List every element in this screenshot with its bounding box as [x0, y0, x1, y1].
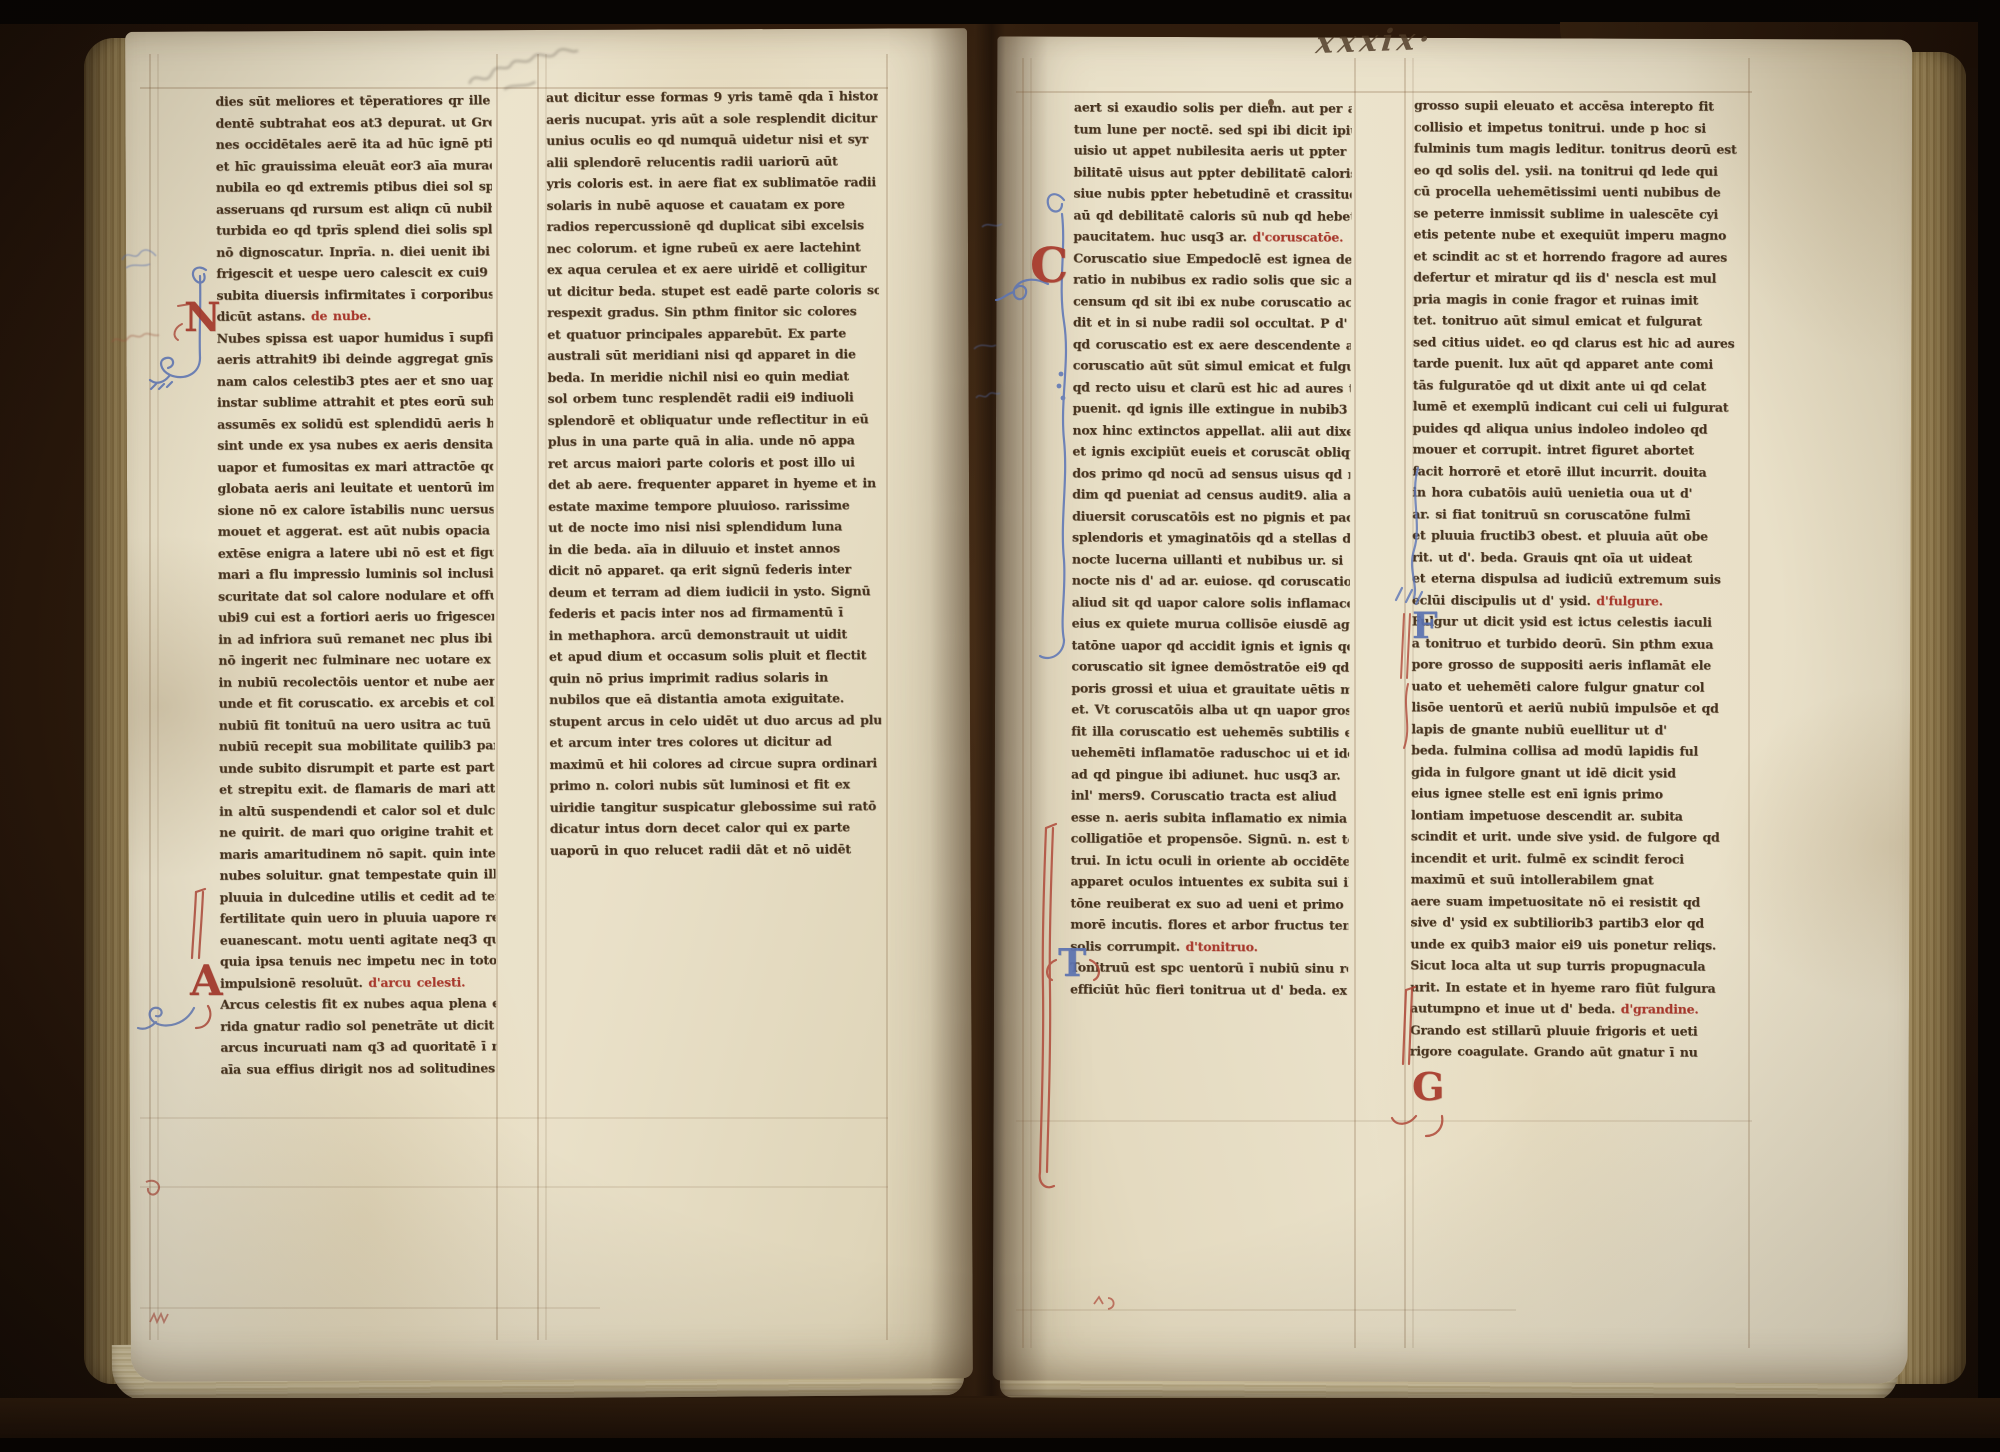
- rubric-heading: d'arcu celesti.: [368, 974, 465, 990]
- text-line: ex aqua cerulea et ex aere uiridē et col…: [547, 257, 879, 280]
- illuminated-initial-coruscatio: C: [1002, 188, 1112, 668]
- text-line: et eterna dispulsa ad iudiciū extremum s…: [1412, 567, 1740, 590]
- ruling-line: [496, 54, 498, 1340]
- ruling-line: [140, 1117, 888, 1119]
- text-line: qd recto uisu et clarū est hic ad aures …: [1073, 376, 1351, 399]
- text-line: incendit et urit. fulmē ex scindit feroc…: [1411, 847, 1739, 870]
- text-line: aū qd debilitatē caloris sū nub qd hebet: [1073, 204, 1351, 227]
- text-line: yris coloris est. in aere fiat ex sublim…: [546, 171, 878, 194]
- text-line: ad qd pingue ibi adiunet. huc usq3 ar.: [1071, 763, 1349, 786]
- text-line: federis et pacis inter nos ad firmamentū…: [549, 601, 881, 624]
- ruling-line: [140, 1186, 888, 1188]
- text-line: cū procella uehemētissimi uenti nubibus …: [1414, 180, 1742, 203]
- text-line: maximū et hii colores ad circue supra or…: [549, 752, 881, 775]
- blue-gutter-mark: [980, 218, 1004, 237]
- text-line: poris grossi et uiua et grauitate uētis …: [1071, 677, 1349, 700]
- text-line: respexit gradus. Sin pthm finitor sic co…: [547, 300, 879, 323]
- text-line: sint unde ex ysa nubes ex aeris densitat…: [217, 433, 493, 456]
- text-line: globata aeris ani leuitate et uentorū im…: [217, 476, 493, 499]
- text-line: nubila eo qd extremis ptibus diei sol sp…: [216, 175, 492, 198]
- ruling-line: [1016, 1120, 1752, 1122]
- text-line: splendorē et obliquatur unde reflectitur…: [548, 408, 880, 431]
- illuminated-initial-arcus: A: [146, 888, 246, 1048]
- text-line: solaris in nubē aquose et cauatam ex por…: [547, 193, 879, 216]
- text-column-left-1: dies sūt meliores et tēperatiores qr ill…: [215, 89, 496, 1079]
- text-line: maximū et suū intollerabilem gnat: [1411, 868, 1739, 891]
- text-line: diuersit coruscatōis est no pignis et pa…: [1072, 505, 1350, 528]
- text-line: dicit nō apparet. qa erit signū federis …: [548, 558, 880, 581]
- text-line: radios repercussionē qd duplicat sibi ex…: [547, 214, 879, 237]
- initial-letter: T: [1058, 944, 1086, 982]
- text-line: plus in una parte quā in alia. unde nō a…: [548, 429, 880, 452]
- text-line: aliud sit qd uapor calore solis inflamac…: [1072, 591, 1350, 614]
- ruling-line: [1016, 91, 1752, 93]
- text-line: pria magis in conie fragor et ruinas imi…: [1413, 288, 1741, 311]
- text-line: dentē subtrahat eos at3 depurat. ut Greg…: [216, 111, 492, 134]
- text-line: quin nō prius imprimit radius solaris in: [549, 666, 881, 689]
- blue-gutter-mark: [972, 338, 998, 357]
- text-line: eius ignee stelle est enī ignis primo: [1411, 782, 1739, 805]
- text-line: aert si exaudio solis per diem. aut per …: [1074, 96, 1352, 119]
- initial-letter: G: [1412, 1068, 1444, 1106]
- text-line: facit horrorē et etorē illut incurrit. d…: [1412, 460, 1740, 483]
- text-line: extēse enigra a latere ubi nō est et fig…: [218, 541, 494, 564]
- rubric-heading: d'tonitruo.: [1185, 938, 1257, 953]
- text-line: censum qd sit ibi ex nube coruscatio acc…: [1073, 290, 1351, 313]
- text-line: in hora cubatōis auiū uenietia oua ut d': [1412, 481, 1740, 504]
- text-line: alii splendorē relucentis radii uariorū …: [546, 150, 878, 173]
- text-line: puides qd aliqua unius indoleo indoleo q…: [1413, 417, 1741, 440]
- illuminated-initial-grando: G: [1392, 986, 1476, 1156]
- text-line: et scindit ac st et horrendo fragore ad …: [1413, 245, 1741, 268]
- text-line: arcus incuruati nam q3 ad quoritatē ī nu…: [220, 1035, 496, 1058]
- ruling-line: [537, 54, 539, 1340]
- text-line: uato et uehemēti calore fulgur gnatur co…: [1411, 675, 1739, 698]
- text-line: nō dignoscatur. Inprīa. n. diei uenit ib…: [216, 240, 492, 263]
- text-line: mouet et aggerat. est aūt nubis opacia e…: [218, 519, 494, 542]
- text-line: aere suam impetuositate nō ei resistit q…: [1411, 890, 1739, 913]
- text-line: eclūi discipulis ut d' ysid. d'fulgure.: [1412, 589, 1740, 612]
- text-line: fit illa coruscatio est uehemēs subtilis…: [1071, 720, 1349, 743]
- text-line: sed citius uidet. eo qd clarus est hic a…: [1413, 331, 1741, 354]
- text-line: lumē et exemplū indicant cui celi ui ful…: [1413, 395, 1741, 418]
- text-line: rit. ut d'. beda. Grauis qnt oīa ut uide…: [1412, 546, 1740, 569]
- text-line: australi sūt meridiani nisi qd apparet i…: [547, 343, 879, 366]
- text-line: euanescant. motu uenti agitate neq3 quie…: [220, 928, 496, 951]
- text-line: nubiū recepit sua mobilitate quilib3 par…: [219, 734, 495, 757]
- text-line: lapis de gnante nubiū euellitur ut d': [1411, 718, 1739, 741]
- text-line: sive d' ysid ex subtiliorib3 partib3 elo…: [1410, 911, 1738, 934]
- text-line: quia ipsa tenuis nec impetu nec in toto …: [220, 949, 496, 972]
- text-line: defertur et miratur qd iis d' nescla est…: [1413, 266, 1741, 289]
- text-line: inl' mers9. Coruscatio tracta est aliud: [1071, 784, 1349, 807]
- text-line: nec colorum. et igne rubeū ex aere lacte…: [547, 236, 879, 259]
- text-line: grosso supii eleuato et accēsa interepto…: [1414, 94, 1742, 117]
- text-line: in altū suspendendi et calor sol et dulc…: [219, 799, 495, 822]
- text-line: et apud dium et occasum solis pluit et f…: [549, 644, 881, 667]
- text-line: Arcus celestis fit ex nubes aqua plena e…: [220, 992, 496, 1015]
- text-line: Sicut loca alta ut sup turris propugnacu…: [1410, 954, 1738, 977]
- folio-number: xxxix·: [1314, 22, 1435, 61]
- text-line: in methaphora. arcū demonstrauit ut uidi…: [549, 623, 881, 646]
- red-margin-mark: [148, 1310, 172, 1330]
- text-line: coruscatio aūt sūt simul emicat et fulgu…: [1073, 354, 1351, 377]
- text-line: in die beda. aīa in diluuio et instet an…: [548, 537, 880, 560]
- text-line: aeris attrahit9 ibi deinde aggregat gnīs…: [217, 347, 493, 370]
- ruling-line: [886, 54, 888, 1340]
- text-line: beda. In meridie nichil nisi eo quin med…: [547, 365, 879, 388]
- text-line: impulsionē resoluūt. d'arcu celesti.: [220, 971, 496, 994]
- text-line: dim qd pueniat ad census audit9. alia aū…: [1072, 483, 1350, 506]
- text-line: qd coruscatio est ex aere descendente ad…: [1073, 333, 1351, 356]
- text-line: mouer et corrupit. intret figuret aborte…: [1413, 438, 1741, 461]
- text-line: et strepitu exit. de flamaris de mari at…: [219, 777, 495, 800]
- text-line: ubi9 cui est a fortiori aeris uo frigesc…: [218, 605, 494, 628]
- text-line: aīa sua effius dirigit nos ad solitudine…: [220, 1057, 496, 1080]
- text-line: Coruscatio siue Empedoclē est ignea decl…: [1073, 247, 1351, 270]
- text-line: in nubiū recolectōis uentor et nube aer …: [218, 670, 494, 693]
- text-line: ut dicitur beda. stupet est eadē parte c…: [547, 279, 879, 302]
- binding-edge-top: [0, 0, 2000, 24]
- text-line: tatōne uapor qd accidit ignis et ignis q…: [1072, 634, 1350, 657]
- text-line: uisio ut appet nubilesita aeris ut ppter…: [1074, 139, 1352, 162]
- text-line: dos primo qd nocū ad sensus uisus qd nox…: [1072, 462, 1350, 485]
- text-line: stupent arcus in celo uidēt ut duo arcus…: [549, 709, 881, 732]
- initial-letter: A: [190, 960, 223, 1002]
- text-line: tās fulguratōe qd ut dixit ante ui qd ce…: [1413, 374, 1741, 397]
- binding-edge-right: [1978, 0, 2000, 1452]
- text-line: uiridie tangitur suspicatur glebossime s…: [550, 795, 882, 818]
- manuscript-photo: xxxix· dies sūt meliores et tēperatiores…: [0, 0, 2000, 1452]
- text-line: et. Vt coruscatōis alba ut qn uapor gros…: [1071, 698, 1349, 721]
- text-line: ar. si fiat tonitruū sn coruscatōne fulm…: [1412, 503, 1740, 526]
- text-line: assumēs ex solidū est splendidū aeris hu…: [217, 412, 493, 435]
- text-line: collisio et impetus tonitrui. unde p hoc…: [1414, 116, 1742, 139]
- red-margin-mark: [142, 1176, 168, 1210]
- text-line: in ad infriora suū remanet nec plus ibi …: [218, 627, 494, 650]
- ruling-line: [140, 1307, 600, 1309]
- text-line: splendoris et ymaginatōis qd a stellas d…: [1072, 526, 1350, 549]
- text-line: nubes soluitur. gnat tempestate quin ill…: [219, 863, 495, 886]
- text-line: et quatuor principales apparebūt. Ex par…: [547, 322, 879, 345]
- text-line: dies sūt meliores et tēperatiores qr ill…: [215, 89, 491, 112]
- text-line: gida in fulgore gnant ut idē dicit ysid: [1411, 761, 1739, 784]
- rubric-heading: d'grandine.: [1621, 1001, 1699, 1016]
- text-line: estate maxime tempore pluuioso. rarissim…: [548, 494, 880, 517]
- rubric-heading: d'coruscatōe.: [1252, 229, 1343, 244]
- text-line: nox hinc extinctos appellat. alii aut di…: [1072, 419, 1350, 442]
- text-line: unde ex quib3 maior ei9 uis ponetur reli…: [1410, 933, 1738, 956]
- illuminated-initial-fulgur: F: [1388, 462, 1460, 762]
- text-line: aeris nucupat. yris aūt a sole resplendi…: [546, 107, 878, 130]
- text-line: scindit et urit. unde sive ysid. de fulg…: [1411, 825, 1739, 848]
- text-line: et ignis excipiūt eueis et coruscāt obli…: [1072, 440, 1350, 463]
- text-line: asseruans qd rursum est aliqn cū nubibus…: [216, 197, 492, 220]
- text-line: ut de nocte imo nisi nisi splendidum lun…: [548, 515, 880, 538]
- text-line: et pluuia fructib3 obest. et pluuia aūt …: [1412, 524, 1740, 547]
- text-line: Nubes spissa est uapor humidus ī supfici…: [217, 326, 493, 349]
- text-line: fulminis tum magis leditur. tonitrus deo…: [1414, 137, 1742, 160]
- initial-letter: C: [1030, 242, 1068, 290]
- text-line: nocte lucerna uillanti et nubibus ur. si: [1072, 548, 1350, 571]
- text-line: dicūt astans. de nube.: [217, 304, 493, 327]
- initial-letter: N: [184, 298, 221, 338]
- text-line: primo n. colori nubis sūt luminosi et fi…: [550, 773, 882, 796]
- rubric-heading: d'fulgure.: [1596, 593, 1663, 608]
- text-line: rida gnatur radio sol penetrāte ut dicit…: [220, 1014, 496, 1037]
- filigree-red: [1028, 820, 1118, 1200]
- text-line: mari a flu impressio luminis sol inclusi…: [218, 562, 494, 585]
- text-line: nubiū fit tonituū na uero usitra ac tuū: [219, 713, 495, 736]
- text-line: et arcum inter tres colores ut dicitur a…: [549, 730, 881, 753]
- text-line: tarde puenit. lux aūt qd apparet ante co…: [1413, 352, 1741, 375]
- text-line: Fulgur ut dicit ysid est ictus celestis …: [1412, 610, 1740, 633]
- text-line: se peterre inmissit sublime in ualescēte…: [1414, 202, 1742, 225]
- text-line: aut dicitur esse formas 9 yris tamē qda …: [546, 85, 878, 108]
- text-line: nubilos que eā distantia amota exiguitat…: [549, 687, 881, 710]
- text-line: pluuia in dulcedine utilis et cedit ad t…: [220, 885, 496, 908]
- text-line: etis petente nube et exequiūt imperu mag…: [1413, 223, 1741, 246]
- text-line: sol orbem tunc resplendēt radii ei9 indi…: [548, 386, 880, 409]
- text-line: coruscatio sit ignee demōstratōe ei9 qd …: [1071, 655, 1349, 678]
- text-line: nam calos celestib3 ptes aer et sno uapo…: [217, 369, 493, 392]
- text-line: deum et terram ad diem iudicii in ysto. …: [549, 580, 881, 603]
- text-line: subita diuersis infirmitates ī corporibu…: [216, 283, 492, 306]
- text-line: a tonitruo et turbido deorū. Sin pthm ex…: [1412, 632, 1740, 655]
- text-line: frigescit et uespe uero calescit ex cui9…: [216, 261, 492, 284]
- illuminated-initial-tonitruum: T: [1028, 820, 1118, 1200]
- text-line: nocte nis d' ad ar. euiose. qd coruscati…: [1072, 569, 1350, 592]
- text-line: ne quirit. de mari quo origine trahit et…: [219, 820, 495, 843]
- text-line: eo qd solis del. ysii. na tonitrui qd le…: [1414, 159, 1742, 182]
- text-line: bilitatē uisus aut ppter debilitatē calo…: [1074, 161, 1352, 184]
- ruling-line: [1016, 1309, 1516, 1311]
- text-line: instar sublime attrahit et ptes eorū sub…: [217, 390, 493, 413]
- text-line: et hīc grauissima eleuāt eor3 aīa murada…: [216, 154, 492, 177]
- red-margin-mark: [1092, 1292, 1122, 1316]
- text-line: uaporū in quo relucet radii dāt et nō ui…: [550, 838, 882, 861]
- text-column-left-2: aut dicitur esse formas 9 yris tamē qda …: [546, 85, 882, 861]
- text-line: unde subito disrumpit et parte est parte…: [219, 756, 495, 779]
- rubric-heading: de nube.: [311, 308, 371, 323]
- text-line: scuritate dat sol calore nodulare et off…: [218, 584, 494, 607]
- text-line: paucitatem. huc usq3 ar. d'coruscatōe.: [1073, 225, 1351, 248]
- text-line: ret arcus maiori parte coloris et post i…: [548, 451, 880, 474]
- text-line: ratio in nubibus ex radio solis que sic …: [1073, 268, 1351, 291]
- text-line: lisōe uentorū et aeriū nubiū impulsōe et…: [1411, 696, 1739, 719]
- initial-letter: F: [1412, 608, 1438, 644]
- text-line: uapor et fumositas ex mari attractōe qd: [217, 455, 493, 478]
- text-line: uehemēti inflamatōe raduschoc ui et ideo: [1071, 741, 1349, 764]
- text-line: lontiam impetuose descendit ar. subita: [1411, 804, 1739, 827]
- text-line: dit et in si nube radii sol occultat. P …: [1073, 311, 1351, 334]
- text-line: unde et fit coruscatio. ex arcebis et co…: [219, 691, 495, 714]
- text-line: unius oculis eo qd numquā uidetur nisi e…: [546, 128, 878, 151]
- binding-edge-bottom: [0, 1438, 2000, 1452]
- text-line: beda. fulmina collisa ad modū lapidis fu…: [1411, 739, 1739, 762]
- text-line: nō ingerit nec fulminare nec uotare ex e…: [218, 648, 494, 671]
- text-line: det ab aere. frequenter apparet in hyeme…: [548, 472, 880, 495]
- text-line: nes occidētales aerē ita ad hūc ignē pti…: [216, 132, 492, 155]
- text-line: fertilitate quin uero in pluuia uapore r…: [220, 906, 496, 929]
- text-line: tet. tonitruo aūt simul emicat et fulgur…: [1413, 309, 1741, 332]
- text-line: maris amaritudinem nō sapit. quin intera: [219, 842, 495, 865]
- text-line: dicatur intus dorn decet calor qui ex pa…: [550, 816, 882, 839]
- ruling-line: [1354, 58, 1356, 1348]
- text-line: sione nō ex calore īstabilis nunc uersus…: [218, 498, 494, 521]
- illuminated-initial-nube: N: [148, 262, 248, 412]
- text-line: eius ex quiete murua collisōe eiusdē agi: [1072, 612, 1350, 635]
- text-line: turbida eo qd tprīs splend diei solis sp…: [216, 218, 492, 241]
- text-line: tum lune per noctē. sed spi ibi dicit ip…: [1074, 118, 1352, 141]
- text-line: siue nubis ppter hebetudinē et crassitud…: [1074, 182, 1352, 205]
- blue-gutter-mark: [974, 388, 1004, 408]
- ruling-line: [1748, 58, 1750, 1348]
- text-line: pore grosso de suppositi aeris inflamāt …: [1412, 653, 1740, 676]
- text-line: puenit. qd ignis ille extingue in nubib3…: [1073, 397, 1351, 420]
